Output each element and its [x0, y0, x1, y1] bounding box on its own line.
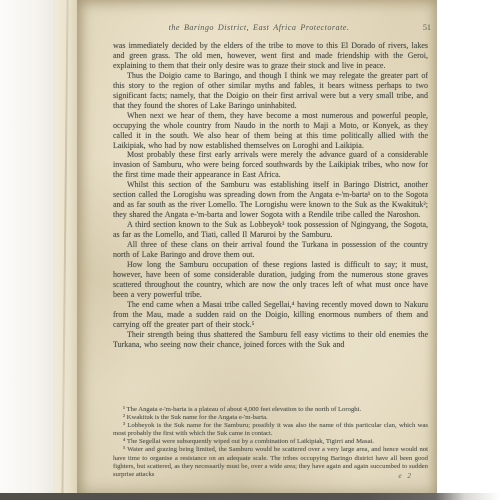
paragraph-9: The end came when a Masai tribe called S…	[113, 300, 428, 330]
signature-mark: e 2	[113, 472, 413, 480]
paragraph-2: Thus the Doigio came to Baringo, and tho…	[113, 71, 428, 111]
paragraph-4: Most probably these first early arrivals…	[113, 150, 428, 180]
footnote-2: ² Kwakituk is the Suk name for the Angat…	[113, 414, 428, 422]
running-title: the Baringo District, East Africa Protec…	[113, 23, 405, 32]
running-head: the Baringo District, East Africa Protec…	[113, 23, 431, 32]
photo-bottom-edge	[0, 493, 500, 500]
paragraph-6: A third section known to the Suk as Lobb…	[113, 220, 428, 240]
paragraph-7: All three of these clans on their arriva…	[113, 240, 428, 260]
footnote-3: ³ Lobbeyok is the Suk name for the Sambu…	[113, 422, 428, 438]
paragraph-8: How long the Samburu occupation of these…	[113, 260, 428, 300]
paragraph-10: Their strength being thus shattered the …	[113, 330, 428, 350]
book-page-photo: the Baringo District, East Africa Protec…	[0, 0, 500, 500]
body-text: was immediately decided by the elders of…	[113, 41, 428, 405]
book-page: the Baringo District, East Africa Protec…	[77, 0, 437, 500]
page-number: 51	[405, 23, 431, 32]
paragraph-3: When next we hear of them, they have bec…	[113, 111, 428, 151]
paragraph-5: Whilst this section of the Samburu was e…	[113, 180, 428, 220]
backdrop	[0, 0, 62, 500]
paragraph-1: was immediately decided by the elders of…	[113, 41, 428, 71]
footnotes: ¹ The Angata e-'m-barta is a plateau of …	[113, 406, 428, 480]
footnote-1: ¹ The Angata e-'m-barta is a plateau of …	[113, 406, 428, 414]
